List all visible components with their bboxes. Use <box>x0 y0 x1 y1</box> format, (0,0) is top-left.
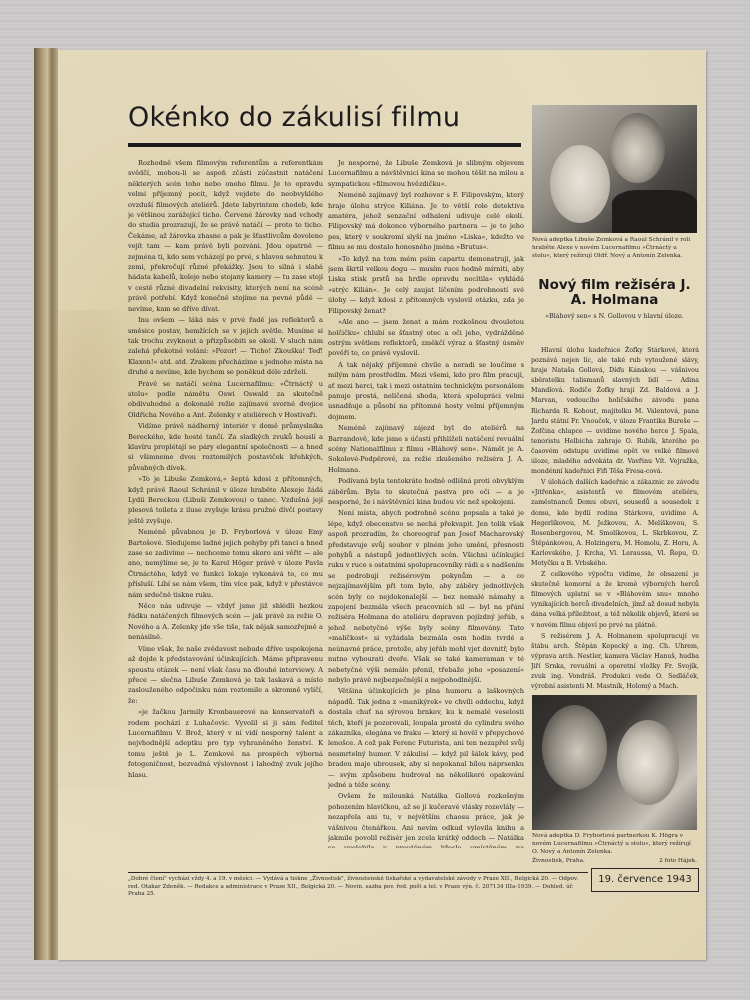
paragraph: Z celkového výpočtu vidíme, že obsazení … <box>531 570 699 631</box>
sidebar-headline: Nový film režiséra J. A. Holmana <box>532 278 697 308</box>
imprint-footer: „Dobré čtení" vychází vždy 4. a 19. v mě… <box>128 876 588 899</box>
photo-figure-woman <box>550 145 610 223</box>
paragraph: »je žačkou Jarmily Kronbauerové na konse… <box>128 707 323 780</box>
paragraph: »To je Libuše Zemková,« šeptá kdosi z př… <box>128 474 323 526</box>
paragraph: Není místa, abych podrobně scénu popsala… <box>328 508 524 685</box>
caption-text: Nová adeptka D. Fryborlová partnerkou K.… <box>532 833 691 855</box>
article-headline: Okénko do zákulisí filmu <box>128 102 460 133</box>
paragraph: Neméně zajímavý zájezd byl do ateliérů n… <box>328 423 524 475</box>
photo-zemkova-schranil <box>532 105 697 233</box>
article-column-1: Rozhodně všem filmovým referentům a refe… <box>128 158 323 838</box>
paragraph: »To když na tom mém psím capartu demonst… <box>328 254 524 316</box>
paragraph: Víme však, že naše zvědavost nebude dřív… <box>128 644 323 706</box>
paragraph: Neméně zajímavý byl rozhovor s F. Filipo… <box>328 190 524 252</box>
magazine-spine <box>34 48 58 960</box>
paragraph: Podívaná byla tentokráte hodně odlišná p… <box>328 476 524 507</box>
newspaper-page: Okénko do zákulisí filmu Rozhodně všem f… <box>58 50 706 960</box>
headline-rule <box>128 143 521 147</box>
printer-credit: Živnostisk, Praha. <box>532 858 585 864</box>
article-column-2: Je nesporné, že Libuše Zemková je slibný… <box>328 158 524 848</box>
paragraph: Inu ovšem — láká nás v prvé řadě jas ref… <box>128 315 323 377</box>
photo-credit: 2 foto Hájek. <box>659 857 697 865</box>
photo-figure-man <box>542 705 607 790</box>
issue-date: 19. července 1943 <box>591 868 699 892</box>
paragraph: A tak nějaký příjemné chvíle a neradi se… <box>328 360 524 422</box>
photo1-caption: Nová adeptka Libuše Zemková a Raoul Schr… <box>532 236 697 261</box>
photo-figure-man <box>610 113 665 183</box>
photo-fryborlova-hoger <box>532 695 697 830</box>
paragraph: Hlavní úlohu kadeřnice Žofky Stárkové, k… <box>531 346 699 477</box>
paragraph: Je nesporné, že Libuše Zemková je slibný… <box>328 158 524 189</box>
paragraph: Většina účinkujících je plna humoru a la… <box>328 686 524 790</box>
sidebar-column: Hlavní úlohu kadeřnice Žofky Stárkové, k… <box>531 346 699 736</box>
paragraph: Něco nás udivuje — vždyť jsme již shlédl… <box>128 601 323 643</box>
photo-figure-suit <box>612 190 697 233</box>
paragraph: Vidíme právě nádherný interiér v domě pr… <box>128 421 323 473</box>
paragraph: V úlohách dalších kadeřnic a zákaznic ze… <box>531 478 699 569</box>
paragraph: Rozhodně všem filmovým referentům a refe… <box>128 158 323 314</box>
photo-figure-woman <box>617 720 679 805</box>
paragraph: Ovšem že milounká Natálka Gollová rozkoš… <box>328 791 524 848</box>
sidebar-deck: »Bláhový sen« s N. Gollovou v hlavní úlo… <box>532 312 697 321</box>
paragraph: »Ale ano — jsem ženat a mám rozkošnou dv… <box>328 317 524 359</box>
footer-rule <box>128 872 588 873</box>
paragraph: Neméně půvabnou je D. Fryborlová v úloze… <box>128 527 323 600</box>
paragraph: Právě se natáčí scéna Lucernafilmu: »Čtr… <box>128 379 323 421</box>
paragraph: S režisérem J. A. Holmanem spolupracují … <box>531 632 699 693</box>
photo2-caption: Nová adeptka D. Fryborlová partnerkou K.… <box>532 832 697 865</box>
